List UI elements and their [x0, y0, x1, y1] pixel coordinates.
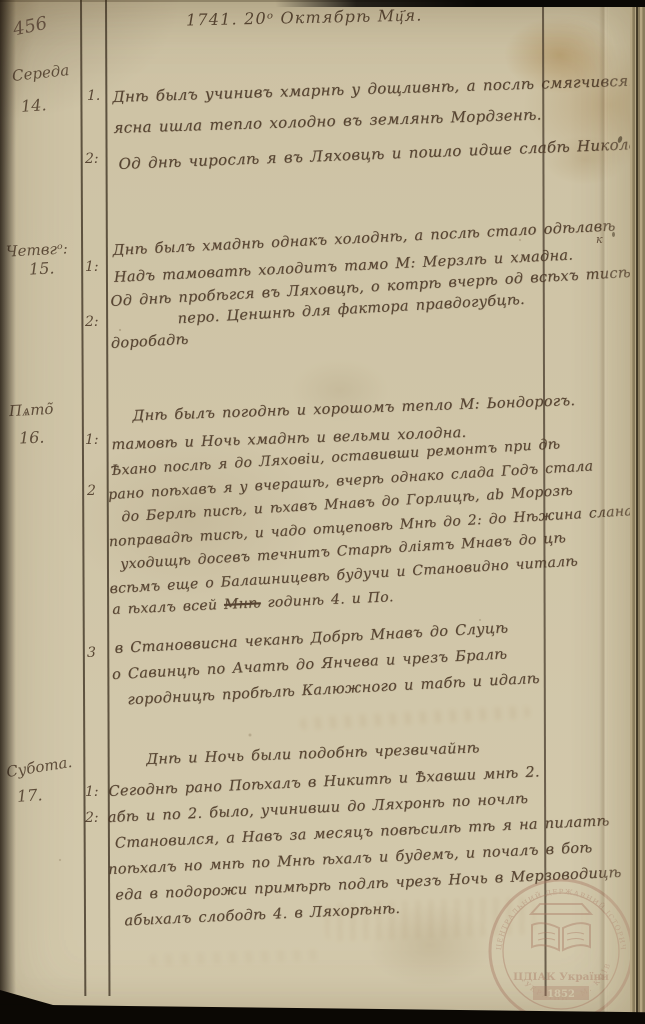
- item-number: 1:: [85, 432, 99, 448]
- entry-16-item-3-text: в Становвисна чеканѣ Добрѣ Мнавъ до Слуц…: [114, 614, 540, 714]
- ink-bleedthrough: [300, 706, 530, 730]
- item-number: 2:: [85, 314, 99, 330]
- folio-number: 456: [11, 13, 49, 41]
- item-number: 2:: [85, 810, 99, 826]
- right-margin-strip: [608, 0, 630, 1024]
- day-date-17: 17.: [16, 785, 43, 806]
- left-edge-vignette: [0, 0, 16, 1024]
- strike-post-text: годинѣ 4. и По.: [260, 589, 394, 611]
- item-number: 1.: [87, 88, 100, 104]
- ink-bleedthrough: [150, 949, 320, 966]
- edge-speck: [612, 232, 615, 237]
- stamp-label: ЦДІАК України: [513, 971, 609, 983]
- margin-rule-line-left-outer: [80, 0, 86, 996]
- struck-out-word: Мнѣ: [224, 595, 262, 613]
- item-number: 3: [87, 645, 96, 661]
- entry-17-item-2-text: Сегоднѣ рано Поѣхалъ в Никитѣ и Ѣхавши м…: [108, 756, 623, 935]
- page-title-date: 1741. 20ᵒ Октябрѣ Мц҃я.: [186, 6, 423, 31]
- book-page-gap-line: [636, 0, 638, 1024]
- day-date-15: 15.: [29, 258, 55, 278]
- day-date-14: 14.: [20, 95, 47, 116]
- item-number: 1:: [85, 259, 99, 275]
- top-black-edge: [275, 0, 645, 7]
- item-number: 2:: [85, 151, 99, 167]
- manuscript-page: ЦЕНТРАЛЬНИЙ ДЕРЖАВНИЙ ІСТОРИЧНИЙ АРХІВ У…: [0, 0, 645, 1024]
- day-date-16: 16.: [19, 428, 45, 448]
- stamp-banner-number: 1852: [547, 989, 575, 1000]
- day-label-wednesday: Середа: [11, 61, 70, 85]
- item-number: 2: [87, 483, 96, 499]
- item-number: 1:: [85, 784, 99, 800]
